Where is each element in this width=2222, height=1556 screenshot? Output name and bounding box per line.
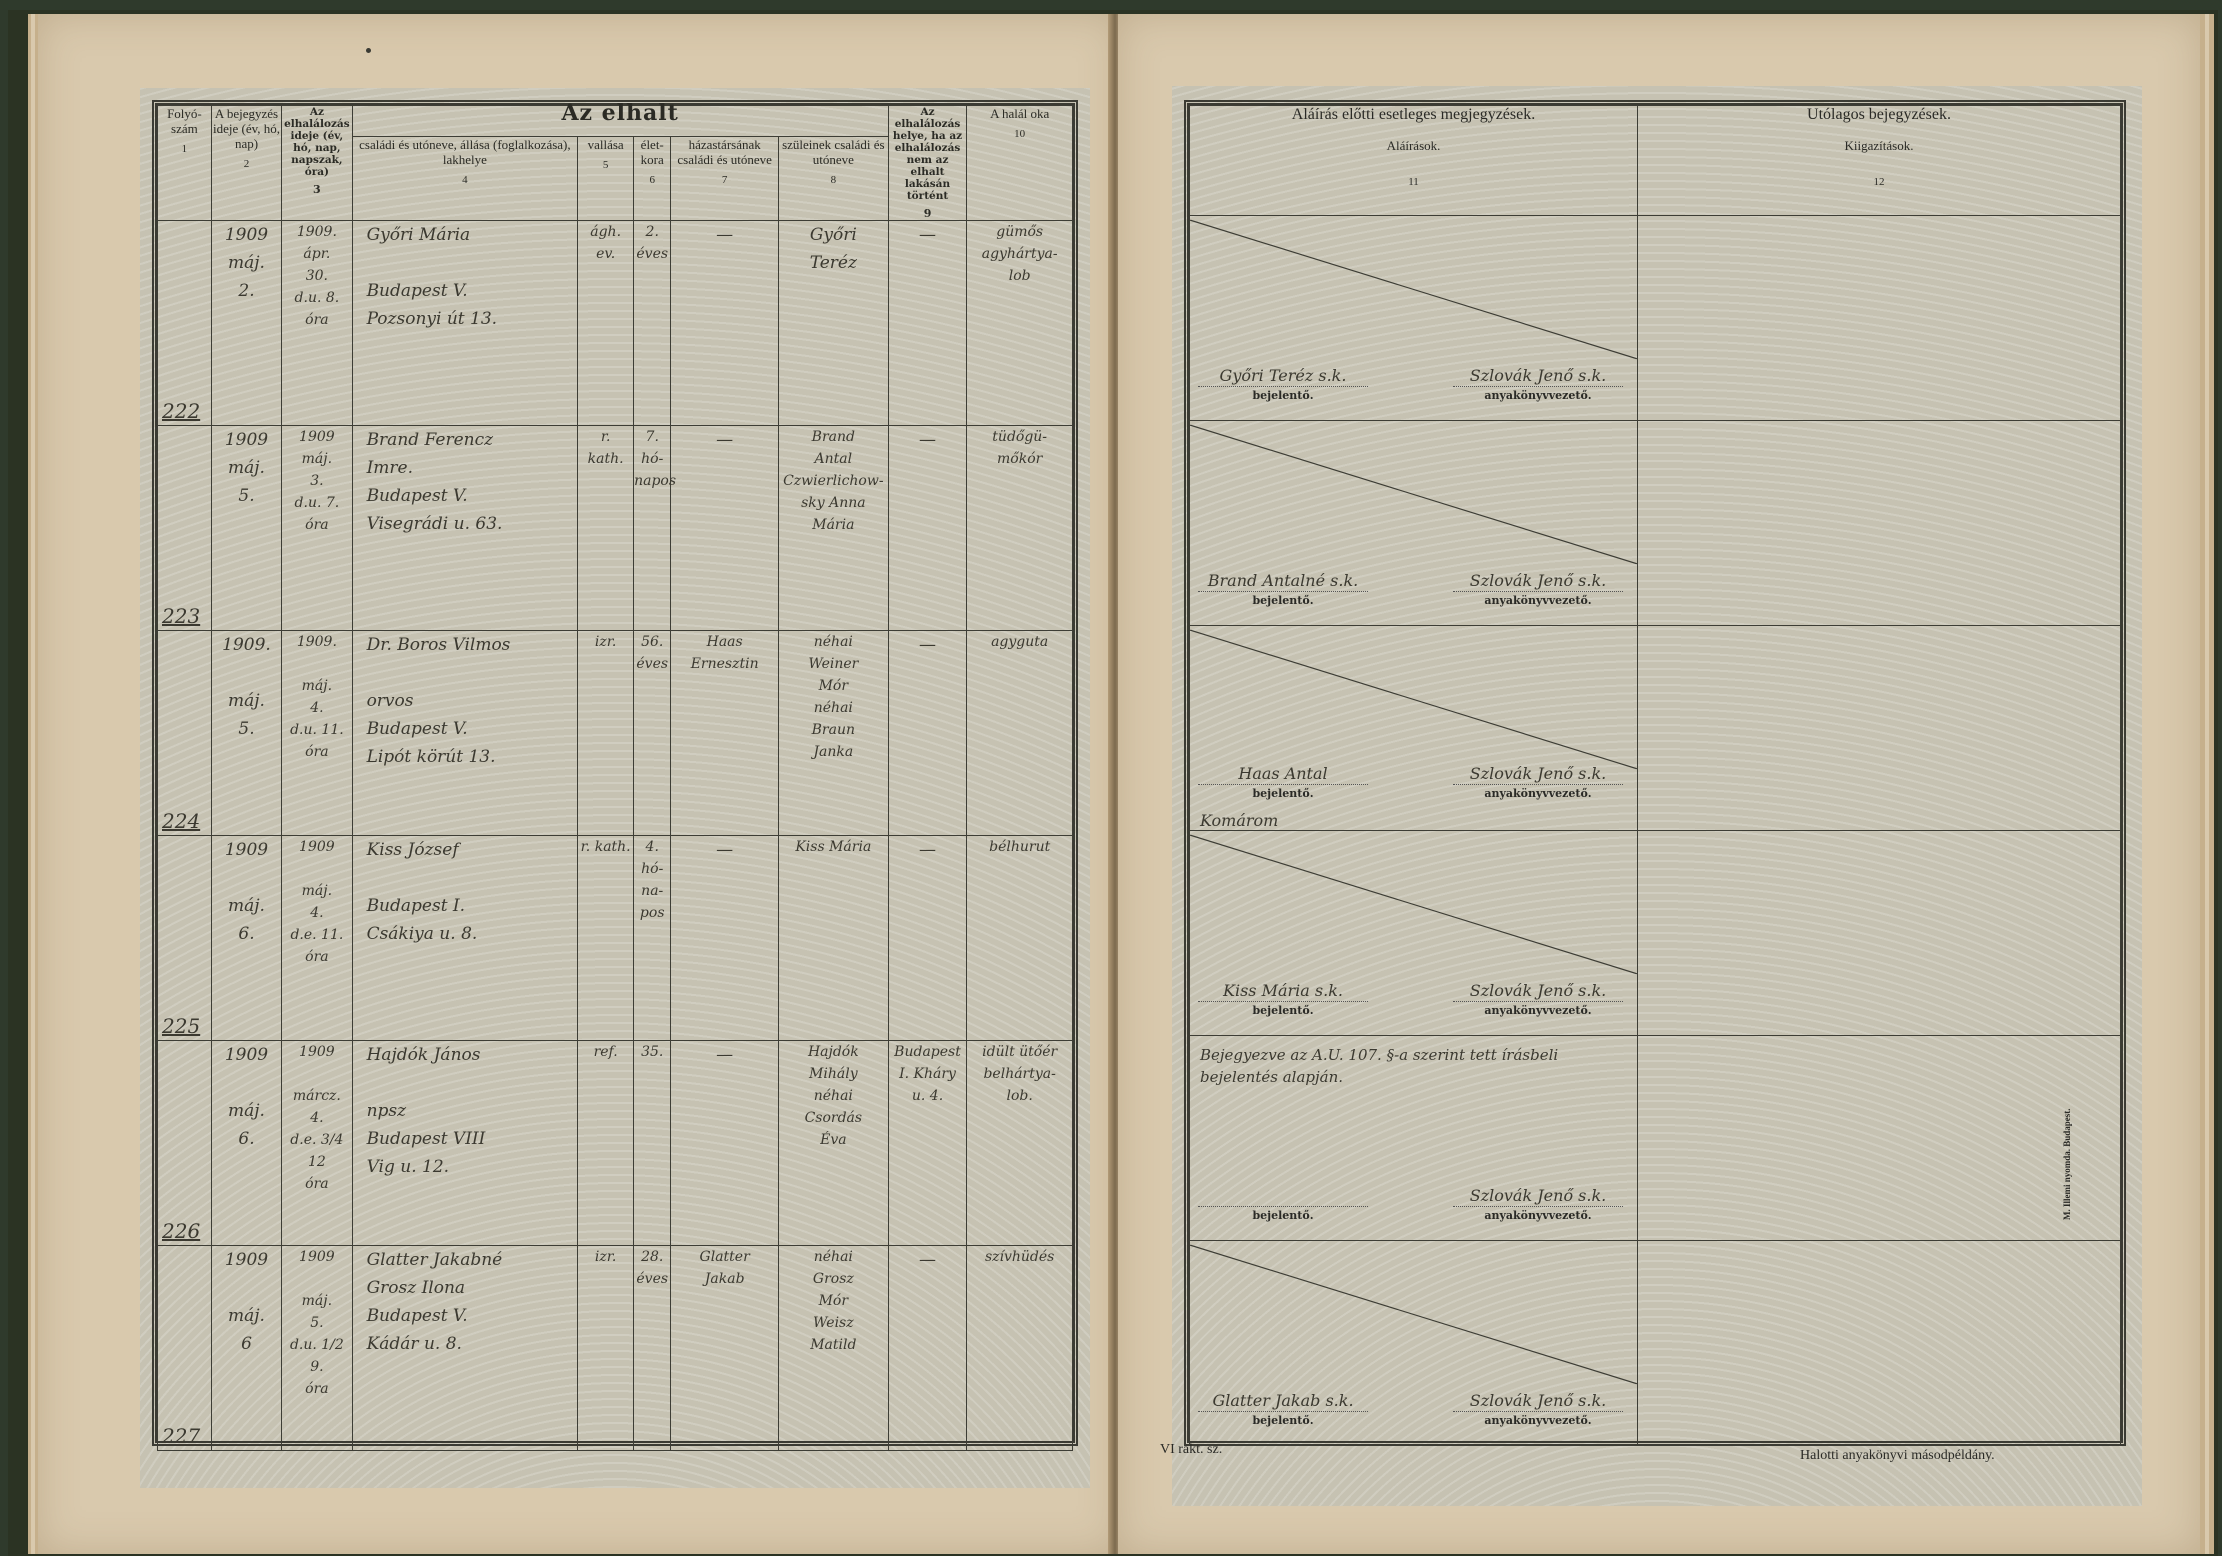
signature-cell: Győri Teréz s.k.bejelentő. Szlovák Jenő … <box>1190 216 1638 421</box>
later-entries-cell <box>1638 216 2121 421</box>
serial-cell: 226 <box>158 1041 212 1246</box>
serial-cell: 223 <box>158 426 212 631</box>
signature-row: Győri Teréz s.k.bejelentő. Szlovák Jenő … <box>1190 216 2121 421</box>
serial-cell: 225 <box>158 836 212 1041</box>
later-entries-cell <box>1638 626 2121 831</box>
name-cell: Dr. Boros Vilmos orvos Budapest V. Lipót… <box>352 631 578 836</box>
parents-cell: Győri Teréz <box>778 221 888 426</box>
death-register-table-frame: Folyó-szám1 A bejegyzés ideje (év, hó, n… <box>152 100 1078 1446</box>
col-header-name: családi és utóneve, állása (foglalkozása… <box>352 137 578 221</box>
informant-signature: Kiss Mária s.k.bejelentő. <box>1198 981 1368 1017</box>
signature-cell: Kiss Mária s.k.bejelentő. Szlovák Jenő s… <box>1190 831 1638 1036</box>
registrar-signature: Szlovák Jenő s.k.anyakönyvvezető. <box>1453 366 1623 402</box>
signatures-table-frame: Aláírás előtti esetleges megjegyzések. A… <box>1184 100 2126 1446</box>
col-header-place-of-death: Az elhalálozás helye, ha az elhalálozás … <box>888 106 967 221</box>
entry-date-cell: 1909 máj. 2. <box>211 221 281 426</box>
right-page: Aláírás előtti esetleges megjegyzések. A… <box>1118 14 2214 1554</box>
table-row: 224 1909. máj. 5. 1909. máj. 4. d.u. 11.… <box>158 631 1073 836</box>
religion-cell: izr. <box>578 1246 634 1451</box>
col-header-cause: A halál oka10 <box>967 106 1073 221</box>
religion-cell: ágh. ev. <box>578 221 634 426</box>
signature-row: Glatter Jakab s.k.bejelentő. Szlovák Jen… <box>1190 1241 2121 1446</box>
entry-date-cell: 1909 máj. 5. <box>211 426 281 631</box>
death-register-table: Folyó-szám1 A bejegyzés ideje (év, hó, n… <box>157 105 1073 1451</box>
age-cell: 4. hó- na- pos <box>634 836 671 1041</box>
place-of-death-cell: — <box>888 1246 967 1451</box>
place-of-death-cell: Budapest I. Kháry u. 4. <box>888 1041 967 1246</box>
cause-cell: agyguta <box>967 631 1073 836</box>
document-type-label: Halotti anyakönyvi másodpéldány. <box>1800 1448 1995 1464</box>
group-header-deceased: Az elhalt <box>352 106 888 137</box>
table-row: 226 1909 máj. 6. 1909 márcz. 4. d.e. 3/4… <box>158 1041 1073 1246</box>
col-header-parents: szüleinek családi és utóneve8 <box>778 137 888 221</box>
ink-dot <box>366 48 371 53</box>
col-header-age: élet-kora6 <box>634 137 671 221</box>
registrar-signature: Szlovák Jenő s.k.anyakönyvvezető. <box>1453 571 1623 607</box>
later-entries-cell <box>1638 1036 2121 1241</box>
age-cell: 2. éves <box>634 221 671 426</box>
religion-cell: ref. <box>578 1041 634 1246</box>
entry-date-cell: 1909 máj. 6. <box>211 1041 281 1246</box>
col-header-later-entries: Utólagos bejegyzések. Kiigazítások. 12 <box>1638 106 2121 216</box>
place-of-death-cell: — <box>888 426 967 631</box>
signature-cell: Bejegyezve az A.U. 107. §-a szerint tett… <box>1190 1036 1638 1241</box>
registrar-signature: Szlovák Jenő s.k.anyakönyvvezető. <box>1453 1186 1623 1222</box>
cause-cell: szívhüdés <box>967 1246 1073 1451</box>
informant-signature: Glatter Jakab s.k.bejelentő. <box>1198 1391 1368 1427</box>
signature-cell: Glatter Jakab s.k.bejelentő. Szlovák Jen… <box>1190 1241 1638 1446</box>
name-cell: Glatter Jakabné Grosz Ilona Budapest V. … <box>352 1246 578 1451</box>
religion-cell: r. kath. <box>578 426 634 631</box>
cause-cell: tüdőgü- mőkór <box>967 426 1073 631</box>
signature-cell: Brand Antalné s.k.bejelentő. Szlovák Jen… <box>1190 421 1638 626</box>
signature-cell: Haas Antalbejelentő. Komárom Szlovák Jen… <box>1190 626 1638 831</box>
col-header-remarks: Aláírás előtti esetleges megjegyzések. A… <box>1190 106 1638 216</box>
age-cell: 28. éves <box>634 1246 671 1451</box>
signatures-table: Aláírás előtti esetleges megjegyzések. A… <box>1189 105 2121 1446</box>
death-time-cell: 1909 máj. 5. d.u. 1/2 9. óra <box>282 1246 352 1451</box>
col-header-religion: vallása5 <box>578 137 634 221</box>
spouse-cell: Glatter Jakab <box>671 1246 779 1451</box>
death-time-cell: 1909 máj. 4. d.e. 11. óra <box>282 836 352 1041</box>
left-page: Folyó-szám1 A bejegyzés ideje (év, hó, n… <box>28 14 1120 1554</box>
cause-cell: gümős agyhártya- lob <box>967 221 1073 426</box>
age-cell: 7. hó- napos <box>634 426 671 631</box>
printer-imprint: M. Illemi nyomda. Budapest. <box>2062 1108 2072 1220</box>
spouse-cell: Haas Ernesztin <box>671 631 779 836</box>
remark-note: Bejegyezve az A.U. 107. §-a szerint tett… <box>1200 1044 1627 1088</box>
signature-row: Brand Antalné s.k.bejelentő. Szlovák Jen… <box>1190 421 2121 626</box>
informant-signature: Haas Antalbejelentő. <box>1198 764 1368 800</box>
informant-signature: Brand Antalné s.k.bejelentő. <box>1198 571 1368 607</box>
informant-residence: Komárom <box>1200 811 1278 830</box>
place-of-death-cell: — <box>888 221 967 426</box>
later-entries-cell <box>1638 831 2121 1036</box>
age-cell: 35. <box>634 1041 671 1246</box>
death-time-cell: 1909. ápr. 30. d.u. 8. óra <box>282 221 352 426</box>
later-entries-cell <box>1638 1241 2121 1446</box>
cause-cell: idült ütőér belhártya- lob. <box>967 1041 1073 1246</box>
death-time-cell: 1909 márcz. 4. d.e. 3/4 12 óra <box>282 1041 352 1246</box>
place-of-death-cell: — <box>888 631 967 836</box>
serial-cell: 227 <box>158 1246 212 1451</box>
parents-cell: néhai Weiner Mór néhai Braun Janka <box>778 631 888 836</box>
col-header-spouse: házastársának családi és utóneve7 <box>671 137 779 221</box>
name-cell: Hajdók János npsz Budapest VIII Vig u. 1… <box>352 1041 578 1246</box>
register-book: Folyó-szám1 A bejegyzés ideje (év, hó, n… <box>8 10 2218 1556</box>
table-row: 222 1909 máj. 2. 1909. ápr. 30. d.u. 8. … <box>158 221 1073 426</box>
cause-cell: bélhurut <box>967 836 1073 1041</box>
storage-number-label: VI rakt. sz. <box>1160 1442 1222 1458</box>
spouse-cell: — <box>671 426 779 631</box>
parents-cell: Hajdók Mihály néhai Csordás Éva <box>778 1041 888 1246</box>
signature-row: Bejegyezve az A.U. 107. §-a szerint tett… <box>1190 1036 2121 1241</box>
name-cell: Győri Mária Budapest V. Pozsonyi út 13. <box>352 221 578 426</box>
table-row: 225 1909 máj. 6. 1909 máj. 4. d.e. 11. ó… <box>158 836 1073 1041</box>
parents-cell: Brand Antal Czwierlichow- sky Anna Mária <box>778 426 888 631</box>
spouse-cell: — <box>671 1041 779 1246</box>
religion-cell: izr. <box>578 631 634 836</box>
entry-date-cell: 1909. máj. 5. <box>211 631 281 836</box>
serial-cell: 222 <box>158 221 212 426</box>
col-header-serial: Folyó-szám1 <box>158 106 212 221</box>
religion-cell: r. kath. <box>578 836 634 1041</box>
col-header-entry-date: A bejegyzés ideje (év, hó, nap)2 <box>211 106 281 221</box>
serial-cell: 224 <box>158 631 212 836</box>
table-row: 227 1909 máj. 6 1909 máj. 5. d.u. 1/2 9.… <box>158 1246 1073 1451</box>
spouse-cell: — <box>671 836 779 1041</box>
death-time-cell: 1909. máj. 4. d.u. 11. óra <box>282 631 352 836</box>
place-of-death-cell: — <box>888 836 967 1041</box>
registrar-signature: Szlovák Jenő s.k.anyakönyvvezető. <box>1453 764 1623 800</box>
parents-cell: néhai Grosz Mór Weisz Matild <box>778 1246 888 1451</box>
signature-row: Kiss Mária s.k.bejelentő. Szlovák Jenő s… <box>1190 831 2121 1036</box>
later-entries-cell <box>1638 421 2121 626</box>
death-time-cell: 1909 máj. 3. d.u. 7. óra <box>282 426 352 631</box>
entry-date-cell: 1909 máj. 6. <box>211 836 281 1041</box>
informant-signature: bejelentő. <box>1198 1186 1368 1222</box>
parents-cell: Kiss Mária <box>778 836 888 1041</box>
informant-signature: Győri Teréz s.k.bejelentő. <box>1198 366 1368 402</box>
registrar-signature: Szlovák Jenő s.k.anyakönyvvezető. <box>1453 1391 1623 1427</box>
name-cell: Kiss József Budapest I. Csákiya u. 8. <box>352 836 578 1041</box>
spouse-cell: — <box>671 221 779 426</box>
col-header-death-time: Az elhalálozás ideje (év, hó, nap, napsz… <box>282 106 352 221</box>
table-row: 223 1909 máj. 5. 1909 máj. 3. d.u. 7. ór… <box>158 426 1073 631</box>
name-cell: Brand Ferencz Imre. Budapest V. Visegrád… <box>352 426 578 631</box>
entry-date-cell: 1909 máj. 6 <box>211 1246 281 1451</box>
registrar-signature: Szlovák Jenő s.k.anyakönyvvezető. <box>1453 981 1623 1017</box>
signature-row: Haas Antalbejelentő. Komárom Szlovák Jen… <box>1190 626 2121 831</box>
age-cell: 56. éves <box>634 631 671 836</box>
